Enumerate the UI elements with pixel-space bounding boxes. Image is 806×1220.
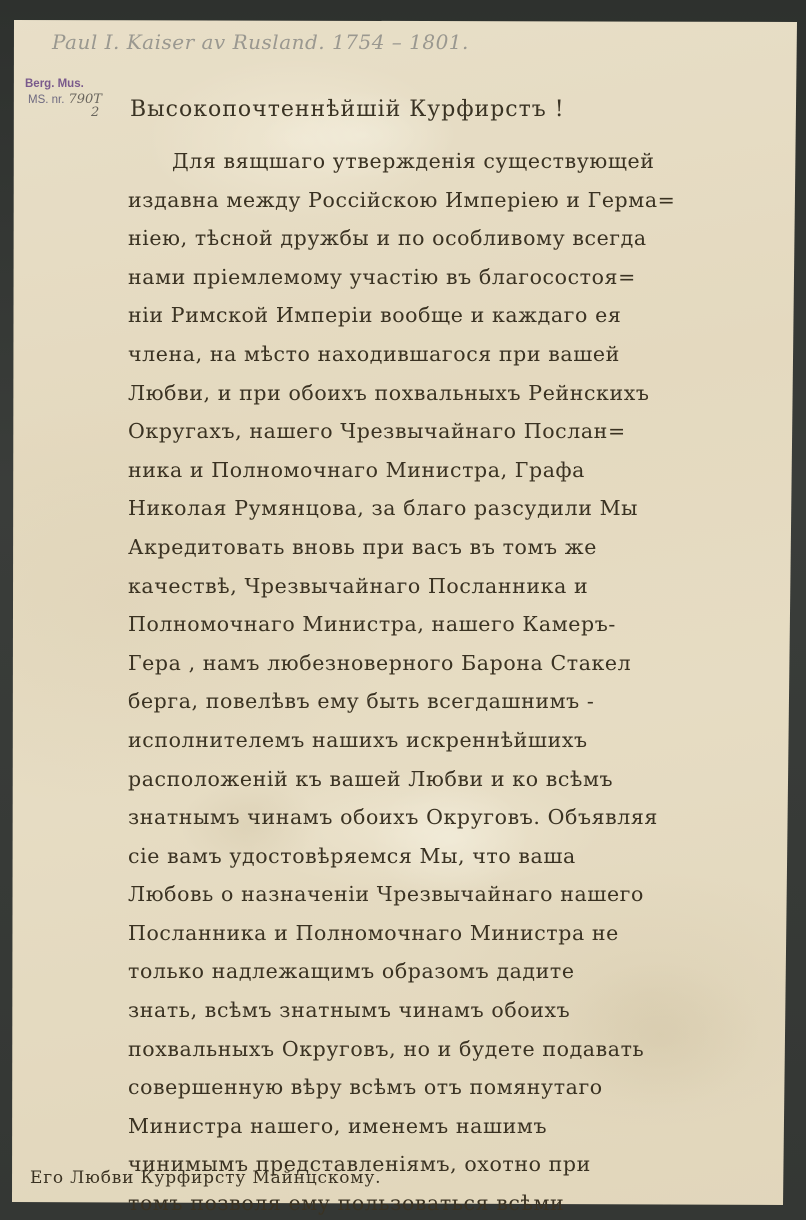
museum-stamp: Berg. Mus. MS. nr.790T 2 — [25, 76, 102, 121]
letter-line: совершенную вѣру всѣмъ отъ помянутаго — [120, 1068, 790, 1107]
stamp-ms-label: MS. nr. — [28, 94, 64, 106]
letter-line: Николая Румянцова, за благо разсудили Мы — [120, 489, 790, 528]
letter-line: Любви, и при обоихъ похвальныхъ Рейнских… — [120, 374, 790, 413]
letter-line: Гера , намъ любезноверного Барона Стакел — [120, 644, 790, 683]
letter-line: нами пріемлемому участію въ благосостоя= — [120, 258, 790, 297]
letter-line: Округахъ, нашего Чрезвычайнаго Послан= — [120, 412, 790, 451]
letter-line: качествѣ, Чрезвычайнаго Посланника и — [120, 567, 790, 606]
letter-line: ніи Римской Имперіи вообще и каждаго ея — [120, 296, 790, 335]
letter-line: исполнителемъ нашихъ искреннѣйшихъ — [120, 721, 790, 760]
letter-line: томъ позволя ему пользоваться всѣми — [120, 1184, 790, 1220]
letter-line: знатнымъ чинамъ обоихъ Округовъ. Объявля… — [120, 798, 790, 837]
letter-line: Полномочнаго Министра, нашего Камеръ- — [120, 605, 790, 644]
letter-line: члена, на мѣсто находившагося при вашей — [120, 335, 790, 374]
letter-line: похвальныхъ Округовъ, но и будете подава… — [120, 1030, 790, 1069]
letter-line: сіе вамъ удостовѣряемся Мы, что ваша — [120, 837, 790, 876]
letter-line: Посланника и Полномочнаго Министра не — [120, 914, 790, 953]
letter-salutation: Высокопочтеннѣйшій Курфирстъ ! — [130, 97, 565, 122]
letter-line: Министра нашего, именемъ нашимъ — [120, 1107, 790, 1146]
letter-line: берга, повелѣвъ ему быть всегдашнимъ - — [120, 682, 790, 721]
letter-line: Акредитовать вновь при васъ въ томъ же — [120, 528, 790, 567]
letter-line: Любовь о назначеніи Чрезвычайнаго нашего — [120, 875, 790, 914]
stamp-museum-name: Berg. Mus. — [25, 76, 102, 92]
letter-line: ніею, тѣсной дружбы и по особливому всег… — [120, 219, 790, 258]
letter-line: расположеній къ вашей Любви и ко всѣмъ — [120, 760, 790, 799]
letter-body: Для вящшаго утвержденія существующей изд… — [120, 142, 790, 1220]
letter-line: издавна между Россійскою Имперіею и Герм… — [120, 181, 790, 220]
letter-line: Для вящшаго утвержденія существующей — [120, 142, 790, 181]
letter-line: ника и Полномочнаго Министра, Графа — [120, 451, 790, 490]
letter-addressee-footer: Его Любви Курфирсту Майнцскому. — [30, 1168, 381, 1188]
archival-pencil-annotation: Paul I. Kaiser av Rusland. 1754 – 1801. — [52, 30, 469, 54]
letter-line: знать, всѣмъ знатнымъ чинамъ обоихъ — [120, 991, 790, 1030]
letter-line: только надлежащимъ образомъ дадите — [120, 952, 790, 991]
